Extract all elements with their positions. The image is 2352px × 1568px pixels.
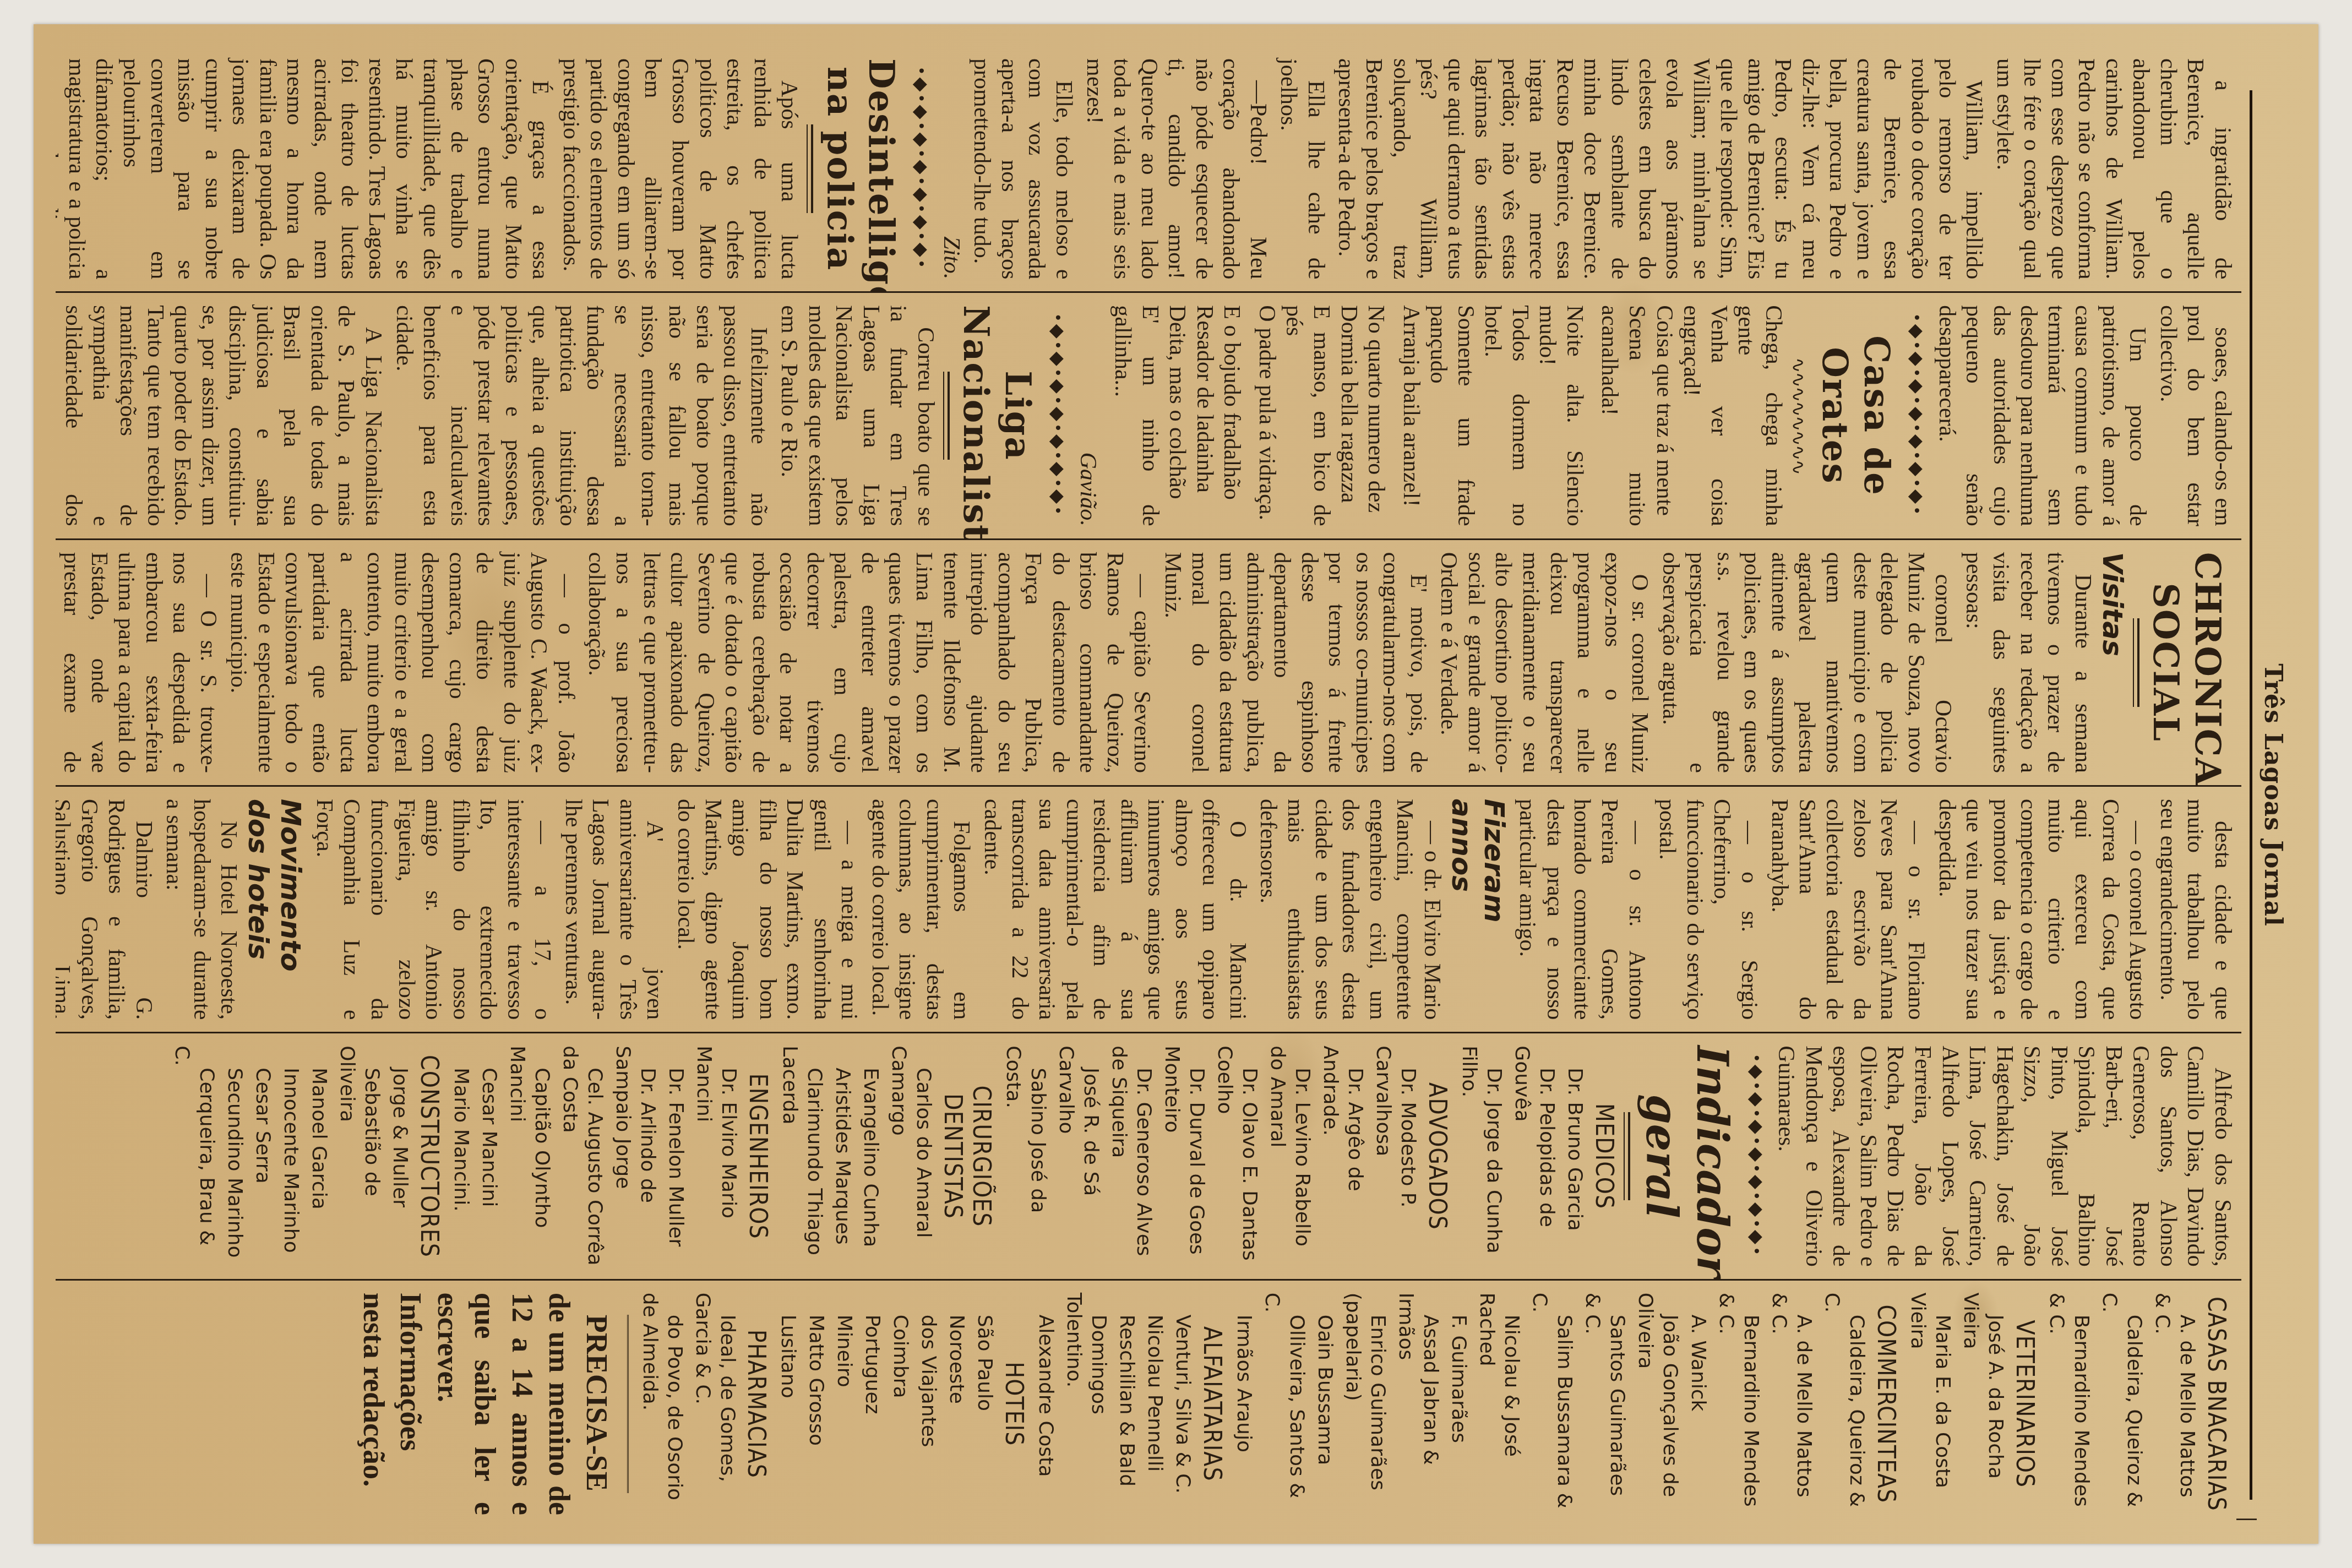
directory-entry: Irmãos Araujo: [1232, 1293, 1256, 1515]
directory-entry: A. de Mello Mattos & C.: [2150, 1293, 2199, 1515]
directory-entry: Dr. Durval de Goes Monteiro: [1159, 1046, 1209, 1266]
poem-line: Deita, mas o colchão: [1163, 305, 1191, 526]
section-title: Indicador geral: [1636, 1046, 1737, 1266]
directory-entry: Maria E. da Costa Vieira: [1905, 1293, 1955, 1515]
ornament-divider: •◆•◆•◆•◆•◆•◆•◆•: [910, 58, 932, 279]
paragraph: Um pouco de patriotismo, de amor á causa…: [1932, 305, 2150, 526]
poem-line: Todos dormem no hotel.: [1479, 305, 1533, 526]
directory-entry: Portuguez: [860, 1293, 885, 1515]
ornament-divider: •◆•◆•◆•◆•◆•◆•◆•: [1905, 305, 1927, 526]
paragraph: Elle, todo meloso e com voz assucarada a…: [968, 58, 1077, 279]
poem-line: Arranja baila aranzel!: [1397, 305, 1424, 526]
poem-line: Scena muito acanalhada!: [1596, 305, 1650, 526]
classified-ad: PRECISA-SE de um menino de 12 a 14 annos…: [355, 1293, 615, 1515]
signature: Gavião.: [1074, 305, 1101, 526]
heading-rule: [943, 372, 950, 460]
directory-entry: Dr. Jorge da Cunha Filho.: [1457, 1046, 1506, 1266]
directory-entry: Mineiro: [832, 1293, 857, 1515]
directory-heading: COMMERCINTEAS: [1871, 1293, 1900, 1515]
paragraph: A Liga Nacionalista de S. Paulo, a mais …: [56, 305, 386, 526]
paragraph: — o coronel Augusto Correa da Costa, que…: [1932, 799, 2150, 1020]
poem-line: Coisa que traz á mente: [1650, 305, 1678, 526]
directory-entry: Dr. Fenelon Muller: [663, 1046, 688, 1266]
ad-divider: [624, 1315, 629, 1493]
directory-entry: Ideal, de Gomes, Garcia & C.: [690, 1293, 740, 1515]
sub-title: Visitas: [2096, 552, 2128, 773]
directory-entry: Reschilian & Bald: [1114, 1293, 1139, 1515]
directory-entry: Lusitano: [776, 1293, 801, 1515]
directory-heading: ADVOGADOS: [1423, 1046, 1451, 1266]
ornament-divider: •◆•◆•◆•◆•◆•◆•◆•: [1745, 1046, 1767, 1266]
paragraph: — a meiga e mui gentil senhorinha Dulita…: [671, 799, 862, 1020]
columns: a ingratidão de Berenice, aquelle cherub…: [56, 46, 2241, 1527]
paragraph: William, impellido pelo remorso de ter r…: [1332, 58, 1987, 279]
directory-entry: Oain Bussamra: [1313, 1293, 1337, 1515]
directory-entry: Bernardino Mendes & C.: [1714, 1293, 1763, 1515]
directory-entry: Alexandre Costa: [1033, 1293, 1058, 1515]
paragraph: Ella lhe cahe de joelhos.: [1275, 58, 1329, 279]
directory-entry: Dr. Levino Rabello do Amaral: [1265, 1046, 1315, 1266]
directory-entry: Secundino Marinho: [222, 1046, 247, 1266]
directory-heading: CONSTRUCTORES: [415, 1046, 443, 1266]
poem-line: Chega, chega minha gente: [1732, 305, 1787, 526]
directory-heading: CASAS BNACARIAS: [2202, 1293, 2230, 1515]
directory-entry: Capitão Olyntho Mancini: [505, 1046, 554, 1266]
poem-line: E manso, em bico de pés: [1280, 305, 1335, 526]
section-title: Liga Nacionalista: [955, 305, 1038, 526]
directory-entry: Bernardino Mendes & C.: [2044, 1293, 2094, 1515]
directory-entry: Matto Grosso: [804, 1293, 829, 1515]
directory-entry: Caldeira, Queiroz & C.: [2097, 1293, 2147, 1515]
directory-entry: Carlos do Amaral Camargo: [886, 1046, 936, 1266]
directory-entry: Dr. Generoso Alves de Siqueira: [1107, 1046, 1156, 1266]
directory-entry: dos Viajantes: [916, 1293, 941, 1515]
stanza: No quarto numero dezDormia bella ragazza…: [1253, 305, 1389, 526]
directory-entry: F. Guimarães: [1446, 1293, 1471, 1515]
directory-heading: ALFAIATARIAS: [1197, 1293, 1226, 1515]
scan-viewport: Três Lagoas Jornal | a ingratidão de Ber…: [0, 0, 2352, 1568]
directory-entry: Cesar Serra: [251, 1046, 275, 1266]
poem-line: Somente um frade pançudo: [1424, 305, 1479, 526]
poem-line: E' um ninho de gallinha...: [1109, 305, 1163, 526]
directory-entry: Santos Guimarães & C.: [1580, 1293, 1630, 1515]
paragraph: — o sr. Sergio Cheferrino, funccionario …: [1653, 799, 1762, 1020]
directory-heading: HOTEIS: [999, 1293, 1028, 1515]
directory-heading: PHARMACIAS: [742, 1293, 771, 1515]
sub-title: Movimento dos hoteis: [242, 799, 307, 1020]
column-liga-nacionalista: soaes, calando-os em prol do bem estar c…: [56, 293, 2241, 540]
directory-heading: CIRURGIÕES DENTISTAS: [938, 1046, 995, 1266]
stanza: Chega, chega minha genteVenha ver coisa …: [1596, 305, 1787, 526]
directory-entry: São Paulo: [972, 1293, 997, 1515]
directory-entry: João Gonçalves de Oliveira: [1633, 1293, 1683, 1515]
directory-entry: Salim Bussamara & C.: [1527, 1293, 1577, 1515]
heading-rule: [1624, 1112, 1630, 1201]
sub-title: Fizeram annos: [1445, 799, 1510, 1020]
paragraph: E' motivo, pois, de congratularmo-nos co…: [1158, 552, 1431, 773]
heading-rule: [2133, 618, 2139, 707]
directory-entry: A. Wanick: [1686, 1293, 1711, 1515]
paragraph: É graças a essa orientação, que Matto Gr…: [56, 58, 553, 279]
directory-entry: Nicolau Pennelli: [1142, 1293, 1167, 1515]
paragraph: — capitão Severino Ramos de Queiroz, bri…: [582, 552, 1155, 773]
directory-entry: A. de Mello Mattos & C.: [1767, 1293, 1816, 1515]
column-novela: a ingratidão de Berenice, aquelle cherub…: [56, 46, 2241, 293]
poem-line: Venha ver coisa engraçad!: [1678, 305, 1732, 526]
directory-entry: Nicolau & José Rached: [1474, 1293, 1524, 1515]
poem-line: Noite alta. Silencio mudo!: [1533, 305, 1588, 526]
directory-entry: Enrico Guimarães (papelaria): [1341, 1293, 1390, 1515]
stanza: Noite alta. Silencio mudo!Todos dormem n…: [1397, 305, 1588, 526]
directory-heading: ENGENHEIROS: [743, 1046, 772, 1266]
poem: Chega, chega minha genteVenha ver coisa …: [1109, 305, 1787, 526]
directory-entry: José A. da Rocha Vieira: [1958, 1293, 2008, 1515]
paragraph: Durante a semana tivemos o prazer de rec…: [1959, 552, 2096, 773]
paragraph: — o dr. Elviro Mario Mancini, competente…: [1254, 799, 1445, 1020]
directory-entry: Sebastião de Oliveira: [335, 1046, 384, 1266]
directory-entry: Sabino José da Costa.: [1001, 1046, 1050, 1266]
paragraph: Dalmiro G. Rodrigues e familia, Gregorio…: [56, 799, 157, 1020]
directory-entry: Dr. Bruno Garcia: [1562, 1046, 1587, 1266]
paragraph: — o sr. Floriano Neves para Sant'Anna ze…: [1766, 799, 1929, 1020]
directory-entry: Cerqueira, Brau & C.: [170, 1046, 219, 1266]
directory-entry: Domingos Tolentino.: [1061, 1293, 1111, 1515]
paragraph: Após uma lucta renhida de politica estre…: [557, 58, 802, 279]
directory-entry: Jorge & Muller: [388, 1046, 412, 1266]
directory-heading: VETERINARIOS: [2010, 1293, 2039, 1515]
paragraph: Correu boato que se ia fundar em Tres La…: [775, 305, 939, 526]
directory-entry: Clarimundo Thiago Lacerda: [777, 1046, 827, 1266]
poem-line: O padre pula á vidraça.: [1253, 305, 1280, 526]
paragraph: O dr. Mancini offereceu um opiparo almoç…: [978, 799, 1250, 1020]
paragraph: soaes, calando-os em prol do bem estar c…: [2154, 305, 2236, 526]
signature: Zito.: [937, 58, 965, 279]
poem-line: Resador de ladainha: [1190, 305, 1218, 526]
paragraph: Infelizmente não passou disso, entretant…: [390, 305, 772, 526]
directory-entry: Dr. Olavo E. Dantas Coelho: [1212, 1046, 1262, 1266]
paragraph: — o prof. João Augusto C. Waack, ex-juiz…: [225, 552, 579, 773]
poem-line: E o bojudo fradalhão: [1218, 305, 1245, 526]
paragraph: Folgamos em cumprimentar, destas columna…: [865, 799, 974, 1020]
paragraph: A' joven anniversariante o Três Lagoas J…: [559, 799, 668, 1020]
poem-line: Dormia bella ragazza: [1335, 305, 1362, 526]
directory-entry: Olliveira, Santos & C.: [1260, 1293, 1309, 1515]
column-indicador-geral: Alfredo dos Santos, Camillo Dias, Davind…: [56, 1033, 2241, 1280]
wavy-divider: ∿∿∿∿∿∿∿∿: [1787, 305, 1809, 526]
masthead: Três Lagoas Jornal |: [2250, 90, 2302, 1500]
paragraph: a ingratidão de Berenice, aquelle cherub…: [1990, 58, 2236, 279]
directory-entry: Dr. Pelopidas de Gouvêa: [1510, 1046, 1559, 1266]
directory-entry: Evangelino Cunha: [858, 1046, 883, 1266]
ornament-divider: •◆•◆•◆•◆•◆•◆•◆•: [1046, 305, 1068, 526]
paragraph: — o sr. Antono Pereira Gomes, honrado co…: [1513, 799, 1650, 1020]
poem-line: No quarto numero dez: [1362, 305, 1390, 526]
directory-entry: Manoel Garcia: [307, 1046, 331, 1266]
paragraph: —Pedro! Meu coração abandonado não póde …: [1080, 58, 1271, 279]
directory-entry: do Povo, de Osorio de Almeida.: [638, 1293, 687, 1515]
heading-rule: [807, 124, 813, 213]
paragraph: O sr. coronel Muniz expoz-nos o seu prog…: [1435, 552, 1653, 773]
paragraph: Alfredo dos Santos, Camillo Dias, Davind…: [1772, 1046, 2236, 1266]
directory-entry: Mario Mancini.: [449, 1046, 473, 1266]
paragraph: desta cidade e que muito trabalhou pelo …: [2154, 799, 2236, 1020]
directory-entry: Caldeira, Queiroz & C.: [1820, 1293, 1869, 1515]
directory-entry: Venturi, Silva & C.: [1170, 1293, 1195, 1515]
newspaper-title: Três Lagoas Jornal: [2259, 663, 2287, 927]
paragraph: — O sr. S. trouxe-nos sua despedida e em…: [56, 552, 221, 773]
section-title: Desintelligencia na policia: [819, 58, 902, 279]
directory-entry: Dr. Argêo de Andrade.: [1318, 1046, 1368, 1266]
directory-entry: Dr. Elviro Mario Mancini: [692, 1046, 741, 1266]
newspaper-page: Três Lagoas Jornal | a ingratidão de Ber…: [34, 24, 2318, 1544]
column-indicador-cont: CASAS BNACARIASA. de Mello Mattos & C.Ca…: [56, 1281, 2241, 1527]
column-chronica-cont: desta cidade e que muito trabalhou pelo …: [56, 787, 2241, 1033]
directory-entry: Noroeste: [944, 1293, 969, 1515]
directory-entry: Cel. Augusto Corrêa da Costa: [558, 1046, 607, 1266]
directory-entry: José R. de Sá Carvalho: [1054, 1046, 1103, 1266]
directory-entry: Dr. Arlindo de Sampaio Jorge: [611, 1046, 660, 1266]
directory-heading: MEDICOS: [1589, 1046, 1618, 1266]
directory-entry: Cesar Mancini: [477, 1046, 502, 1266]
paragraph: coronel Octavio Muniz de Souza, novo del…: [1656, 552, 1956, 773]
column-chronica-social: CHRONICA SOCIALVisitasDurante a semana t…: [56, 540, 2241, 787]
directory-entry: Coimbra: [888, 1293, 913, 1515]
directory-entry: Aristides Marques: [830, 1046, 855, 1266]
stanza: E o bojudo fradalhãoResador de ladainhaD…: [1109, 305, 1245, 526]
poem-title: Casa de Orates: [1814, 305, 1897, 526]
paragraph: — a 17, o interessante e travesso Ito, e…: [310, 799, 556, 1020]
paragraph: No Hotel Noroeste, hospedaram-se durante…: [160, 799, 242, 1020]
directory-entry: Dr. Modesto P. Carvalhosa: [1371, 1046, 1420, 1266]
directory-entry: Assad Jabran & Irmãos: [1393, 1293, 1443, 1515]
directory-entry: Innocente Marinho: [279, 1046, 303, 1266]
section-title: CHRONICA SOCIAL: [2145, 552, 2228, 773]
